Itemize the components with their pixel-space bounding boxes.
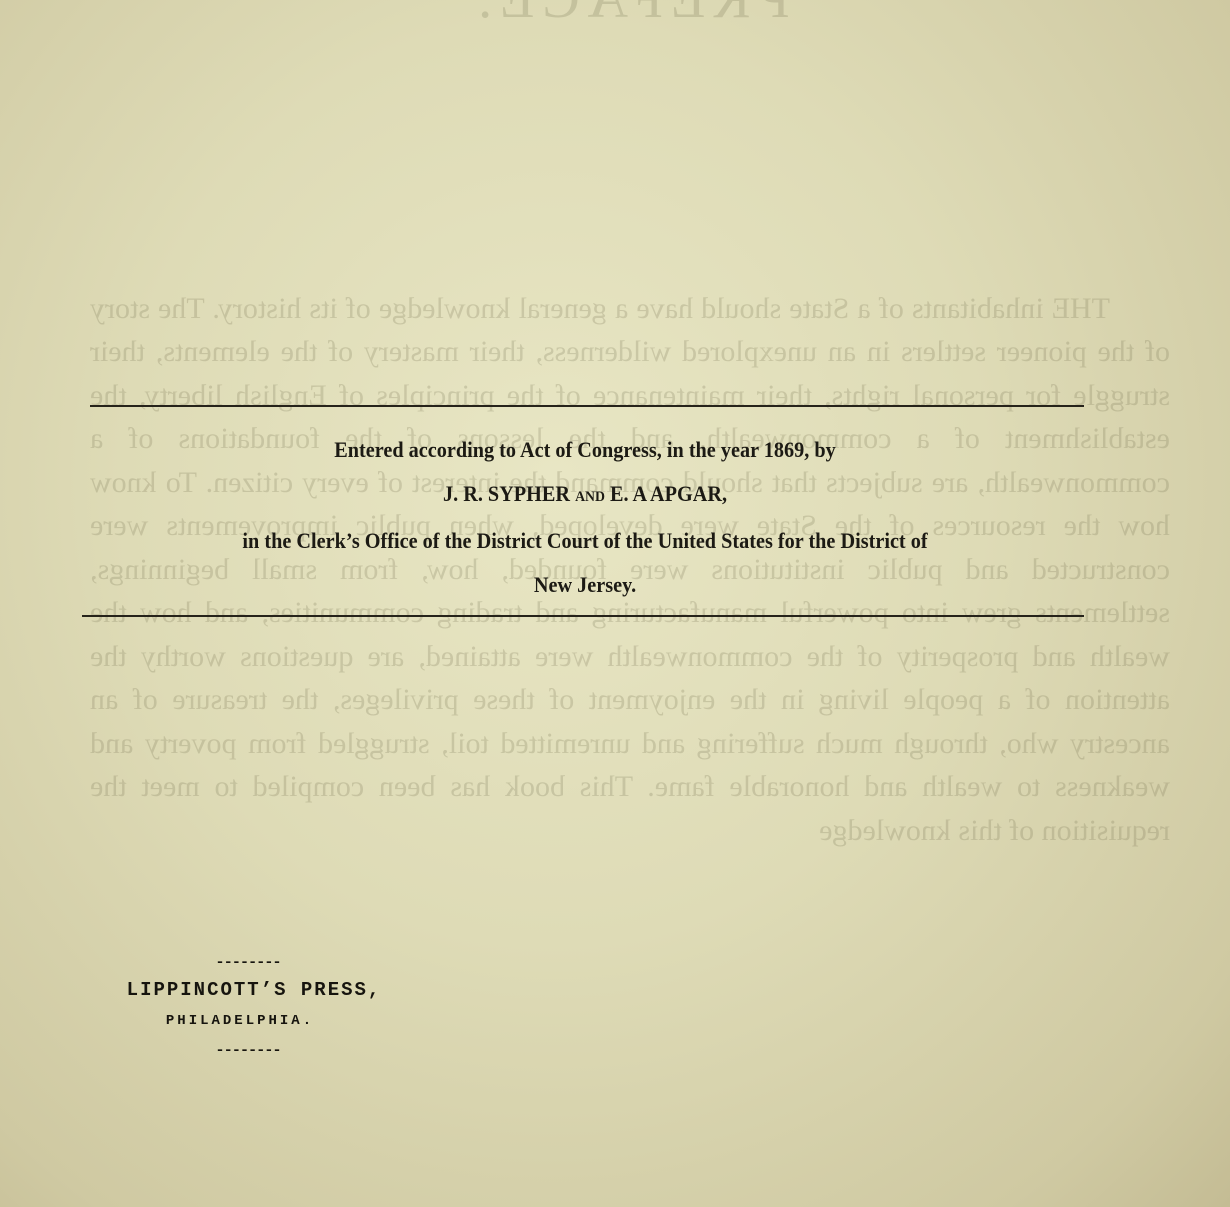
imprint-rule-top: -------- — [72, 955, 424, 971]
show-through-heading: PREFACE. — [90, 0, 1170, 22]
copyright-line-4: New Jersey. — [139, 563, 1031, 607]
copyright-notice: Entered according to Act of Congress, in… — [100, 428, 1070, 607]
press-city: PHILADELPHIA. — [80, 1013, 400, 1029]
press-name: LIPPINCOTT’S PRESS, — [94, 979, 414, 1001]
imprint-rule-bottom: -------- — [72, 1043, 424, 1059]
author-2: E. A APGAR, — [605, 481, 727, 506]
copyright-line-3: in the Clerk’s Office of the District Co… — [139, 519, 1031, 563]
copyright-line-1: Entered according to Act of Congress, in… — [139, 428, 1031, 472]
printer-imprint: -------- LIPPINCOTT’S PRESS, PHILADELPHI… — [88, 955, 408, 1059]
top-rule — [90, 405, 1084, 407]
bottom-rule — [82, 615, 1084, 617]
copyright-authors: J. R. SYPHER AND E. A APGAR, — [139, 472, 1031, 519]
author-1: J. R. SYPHER — [443, 481, 575, 506]
and-word: AND — [575, 489, 605, 505]
